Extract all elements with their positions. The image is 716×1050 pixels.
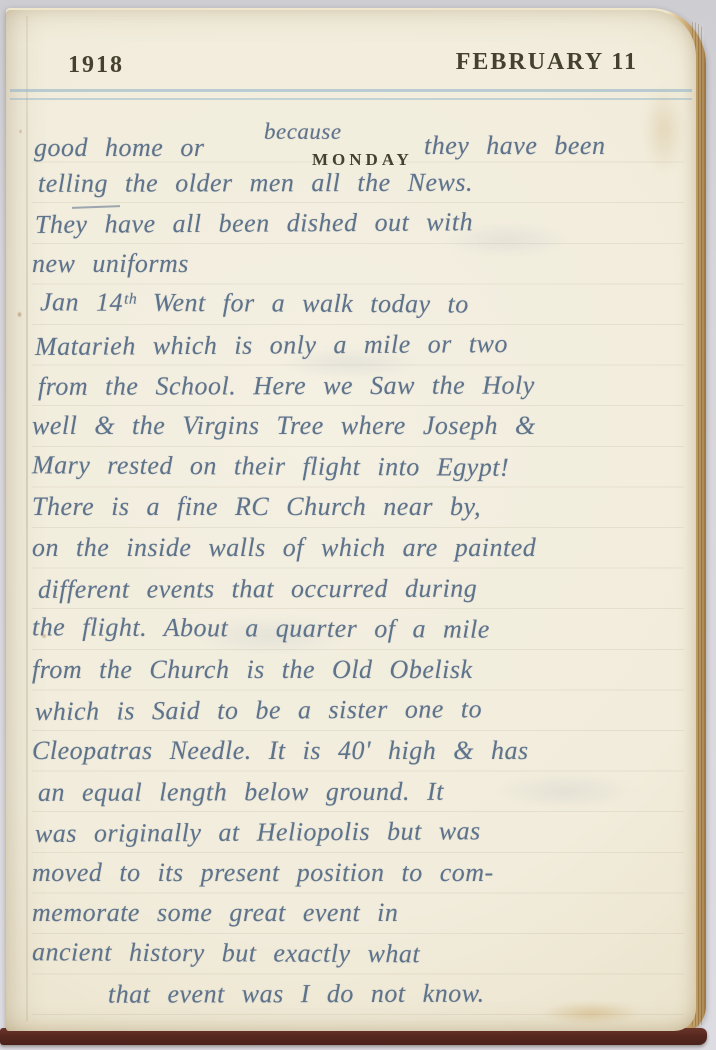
ink-bleedthrough bbox=[466, 766, 666, 816]
date-label: FEBRUARY 11 bbox=[456, 49, 638, 76]
year-label: 1918 bbox=[68, 52, 124, 79]
handwritten-line: was originally at Heliopolis but was bbox=[35, 810, 687, 855]
page-stain bbox=[636, 70, 692, 190]
ink-bleedthrough bbox=[156, 608, 386, 664]
handwritten-line: There is a fine RC Church near by, bbox=[32, 487, 684, 528]
handwritten-line: Jan 14ᵗʰ Went for a walk today to bbox=[32, 283, 684, 327]
handwritten-line: ancient history but exactly what bbox=[32, 932, 684, 976]
foxing-spot bbox=[16, 310, 23, 319]
handwritten-line: well & the Virgins Tree where Joseph & bbox=[32, 406, 684, 447]
ruled-line-bottom bbox=[10, 98, 692, 100]
ruled-line-top bbox=[10, 89, 692, 92]
ink-bleedthrough bbox=[416, 215, 596, 265]
handwritten-line: memorate some great event in bbox=[32, 893, 684, 934]
handwritten-text: they have been bbox=[424, 126, 605, 167]
page-stain bbox=[526, 998, 656, 1028]
handwritten-line: which is Said to be a sister one to bbox=[35, 688, 687, 733]
ink-bleedthrough bbox=[246, 340, 456, 386]
handwritten-line: from the Church is the Old Obelisk bbox=[32, 650, 684, 691]
photo-backdrop: 1918 FEBRUARY 11 good home or because MO… bbox=[0, 0, 716, 1050]
diary-page: 1918 FEBRUARY 11 good home or because MO… bbox=[6, 10, 696, 1031]
handwritten-line: good home or because MONDAY they have be… bbox=[32, 122, 684, 163]
page-crease bbox=[26, 16, 28, 1021]
diary-entry: good home or because MONDAY they have be… bbox=[32, 122, 684, 1022]
handwritten-line: Cleopatras Needle. It is 40' high & has bbox=[32, 731, 684, 772]
handwritten-line: Mary rested on their flight into Egypt! bbox=[32, 445, 684, 489]
foxing-spot bbox=[40, 632, 48, 640]
handwritten-line: on the inside walls of which are painted bbox=[32, 528, 684, 569]
handwritten-line: moved to its present position to com- bbox=[32, 853, 684, 894]
handwritten-line: different events that occurred during bbox=[38, 568, 690, 610]
foxing-spot bbox=[32, 948, 38, 954]
foxing-spot bbox=[18, 128, 23, 135]
handwritten-line: telling the older men all the News. bbox=[38, 162, 690, 204]
